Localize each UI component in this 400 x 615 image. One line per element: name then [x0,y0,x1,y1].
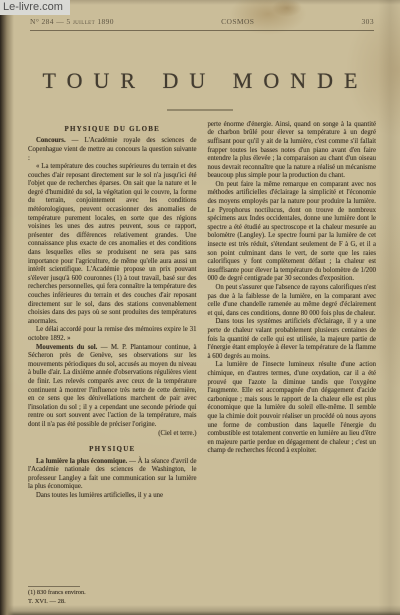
paragraph-quote: « La température des couches supérieures… [28,163,197,326]
paragraph-artificial-lighting: Dans tous les systèmes artificiels d'écl… [208,318,377,361]
header-rule [30,30,374,31]
paragraph-energy-loss: perte énorme d'énergie. Ainsi, quand on … [208,121,377,181]
page-header: N° 284 — 5 juillet 1890 COSMOS 303 [30,17,374,26]
footnote-rule [28,586,80,587]
column-right: perte énorme d'énergie. Ainsi, quand on … [208,121,377,607]
paragraph-candle-comparison: On peut s'assurer que l'absence de rayon… [208,284,377,318]
page-title: TOUR DU MONDE [0,68,400,94]
paragraph-lumiere-economique: La lumière la plus économique. — À la sé… [28,458,197,492]
paragraph-text: — M. P. Plantamour continue, à Sécheron … [28,344,197,428]
paragraph-mouvements-du-sol: Mouvements du sol. — M. P. Plantamour co… [28,344,197,430]
title-divider [167,109,233,111]
paragraph-lead: La lumière la plus économique. [36,458,127,465]
source-citation: (Ciel et terre.) [28,430,197,439]
section-heading-physique: PHYSIQUE [28,445,197,454]
paragraph-continuation: Dans toutes les lumières artificielles, … [28,492,197,501]
paragraph-pyrophorus: On peut faire la même remarque en compar… [208,181,377,284]
footnote-block: (1) 830 francs environ. T. XVI. — 28. [28,582,197,607]
column-left: PHYSIQUE DU GLOBE Concours. — L'Académie… [28,121,197,607]
paragraph-lead: Concours. [36,137,66,144]
text-columns: PHYSIQUE DU GLOBE Concours. — L'Académie… [28,121,376,607]
journal-name: COSMOS [221,17,254,26]
scanned-journal-page: Le-livre.com N° 284 — 5 juillet 1890 COS… [0,0,400,615]
issue-number: N° 284 — 5 juillet 1890 [30,17,114,26]
watermark: Le-livre.com [0,0,70,15]
paragraph-lead: Mouvements du sol. [36,344,97,351]
paragraph-concours: Concours. — L'Académie royale des scienc… [28,137,197,163]
paragraph-deadline: Le délai accordé pour la remise des mémo… [28,326,197,343]
paragraph-chemical-light: La lumière de l'insecte lumineux résulte… [208,361,377,456]
volume-signature: T. XVI. — 28. [28,598,197,607]
page-number: 303 [362,17,374,26]
footnote: (1) 830 francs environ. [28,589,197,598]
section-heading-physique-du-globe: PHYSIQUE DU GLOBE [28,125,197,134]
